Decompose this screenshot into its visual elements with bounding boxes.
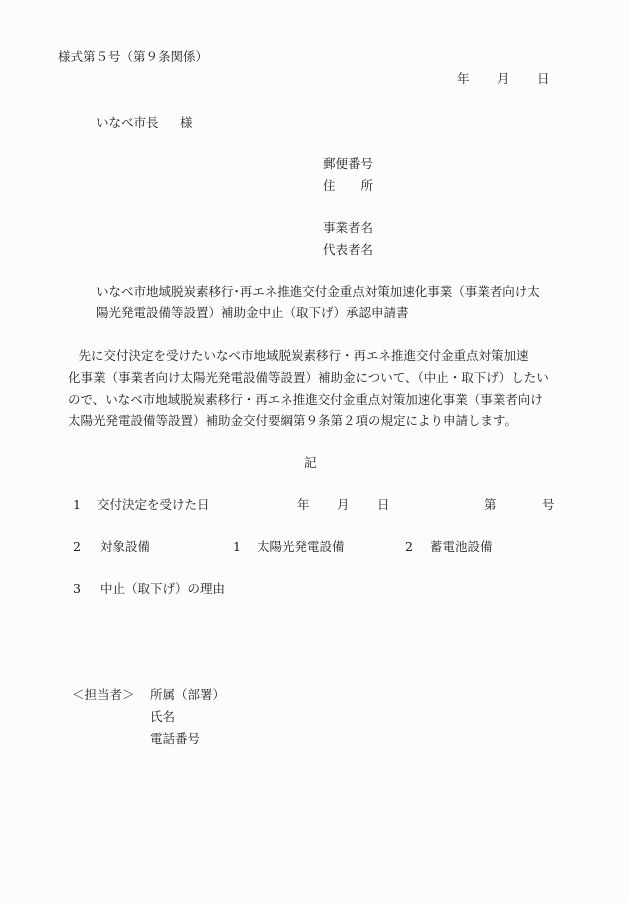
addressee-name: いなべ市長 xyxy=(96,117,159,130)
body-line-2: 化事業（事業者向け太陽光発電設備等設置）補助金について、（中止・取下げ）したい xyxy=(68,372,549,385)
form-header: 様式第５号（第９条関係） xyxy=(58,51,208,64)
address-label: 住 所 xyxy=(323,180,373,193)
date-year-label: 年 xyxy=(457,73,470,86)
body-line-3: ので、いなべ市地域脱炭素移行・再エネ推進交付金重点対策加速化事業（事業者向け xyxy=(68,394,543,407)
body-line-4: 太陽光発電設備等設置）補助金交付要綱第９条第２項の規定により申請します。 xyxy=(68,415,517,428)
item-1-number: 1 xyxy=(73,499,81,512)
addressee-honorific: 様 xyxy=(180,117,193,130)
item-2-option-2-label: 蓄電池設備 xyxy=(430,541,493,554)
title-line-1: いなべ市地域脱炭素移行･再エネ推進交付金重点対策加速化事業（事業者向け太 xyxy=(96,286,540,299)
item-2-option-1-number: 1 xyxy=(233,541,241,554)
item-1-year: 年 xyxy=(297,499,310,512)
title-line-2: 陽光発電設備等設置）補助金中止（取下げ）承認申請書 xyxy=(96,307,409,320)
item-2-option-2-number: 2 xyxy=(405,541,413,554)
item-2-number: 2 xyxy=(73,541,81,554)
ki-heading: 記 xyxy=(304,457,317,470)
date-month-label: 月 xyxy=(497,73,510,86)
item-3-label: 中止（取下げ）の理由 xyxy=(100,583,225,596)
item-2-option-1-label: 太陽光発電設備 xyxy=(257,541,345,554)
item-2-label: 対象設備 xyxy=(100,541,150,554)
item-1-go: 号 xyxy=(542,499,555,512)
item-1-dai: 第 xyxy=(484,499,497,512)
postal-code-label: 郵便番号 xyxy=(323,158,373,171)
body-line-1: 先に交付決定を受けたいなべ市地域脱炭素移行・再エネ推進交付金重点対策加速 xyxy=(66,350,529,363)
date-day-label: 日 xyxy=(537,73,550,86)
item-1-label: 交付決定を受けた日 xyxy=(97,499,210,512)
contact-name-label: 氏名 xyxy=(150,711,175,724)
business-name-label: 事業者名 xyxy=(323,222,373,235)
item-1-day: 日 xyxy=(377,499,390,512)
contact-heading: ＜担当者＞ xyxy=(72,689,135,702)
contact-department-label: 所属（部署） xyxy=(150,689,225,702)
contact-phone-label: 電話番号 xyxy=(150,733,200,746)
item-3-number: 3 xyxy=(73,583,81,596)
representative-label: 代表者名 xyxy=(323,244,373,257)
item-1-month: 月 xyxy=(337,499,350,512)
